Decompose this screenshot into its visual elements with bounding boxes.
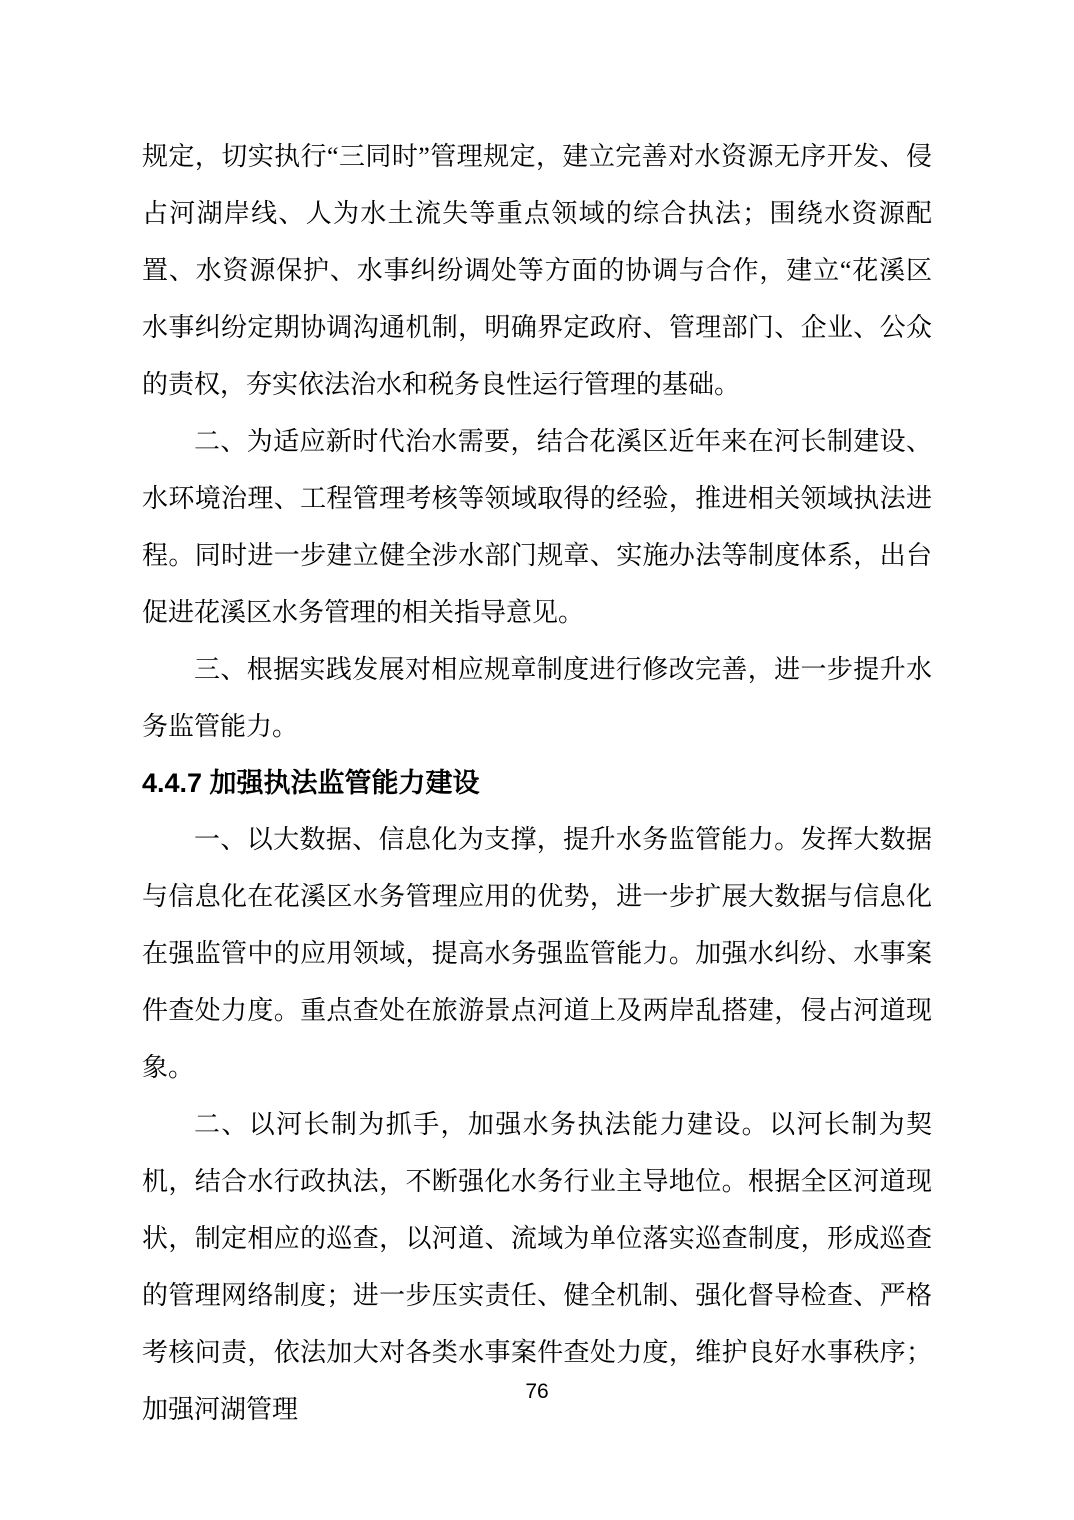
page-number: 76: [0, 1380, 1074, 1404]
paragraph-item-1-new-section: 一、以大数据、信息化为支撑，提升水务监管能力。发挥大数据与信息化在花溪区水务管理…: [142, 811, 932, 1096]
page-content: 规定，切实执行“三同时”管理规定，建立完善对水资源无序开发、侵占河湖岸线、人为水…: [142, 128, 932, 1438]
section-heading: 4.4.7 加强执法监管能力建设: [142, 755, 932, 811]
paragraph-item-3: 三、根据实践发展对相应规章制度进行修改完善，进一步提升水务监管能力。: [142, 641, 932, 755]
document-page: 规定，切实执行“三同时”管理规定，建立完善对水资源无序开发、侵占河湖岸线、人为水…: [0, 0, 1074, 1520]
paragraph-continuation: 规定，切实执行“三同时”管理规定，建立完善对水资源无序开发、侵占河湖岸线、人为水…: [142, 128, 932, 413]
paragraph-item-2: 二、为适应新时代治水需要，结合花溪区近年来在河长制建设、水环境治理、工程管理考核…: [142, 413, 932, 641]
